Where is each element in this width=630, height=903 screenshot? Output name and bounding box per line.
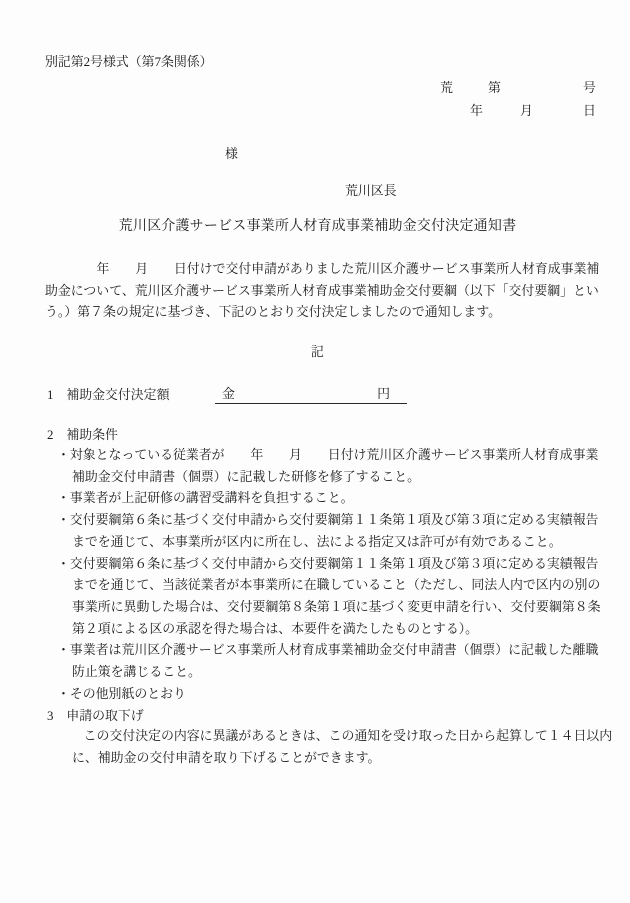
section-3-paragraph: この交付決定の内容に異議があるときは、この通知を受け取った日から起算して１４日以… [45,726,630,769]
doc-number-suffix: 号 [583,81,596,96]
issue-date-year-label: 年 [470,104,483,119]
notice-document-page: 別記第2号様式（第7条関係） 荒 第 号 年 月 日 様 荒川区長 荒川区介護サ… [0,0,630,903]
form-style-label: 別記第2号様式（第7条関係） [45,55,213,70]
sender-title: 荒川区長 [345,184,397,199]
condition-item-1: ・対象となっている従業者が 年 月 日付け荒川区介護サービス事業所人材育成事業補… [45,445,605,488]
section-2-heading: 2 補助条件 [47,428,118,443]
condition-item-2: ・事業者が上記研修の講習受講料を負担すること。 [45,488,605,510]
issue-date-month-label: 月 [520,104,533,119]
condition-item-3: ・交付要綱第６条に基づく交付申請から交付要綱第１１条第１項及び第３項に定める実績… [45,510,605,553]
amount-blank-field: 金 円 [215,387,407,404]
condition-item-6: ・その他別紙のとおり [45,684,605,706]
addressee-honorific: 様 [225,147,238,162]
condition-item-5: ・事業者は荒川区介護サービス事業所人材育成事業補助金交付申請書（個票）に記載した… [45,640,605,683]
condition-item-4: ・交付要綱第６条に基づく交付申請から交付要綱第１１条第１項及び第３項に定める実績… [45,554,605,641]
doc-number-dai: 第 [488,81,501,96]
amount-prefix-label: 金 [222,387,235,402]
issue-date-day-label: 日 [583,104,596,119]
condition-bullet-list: ・対象となっている従業者が 年 月 日付け荒川区介護サービス事業所人材育成事業補… [45,445,605,705]
section-3-heading: 3 申請の取下げ [47,709,144,724]
intro-paragraph: 年 月 日付けで交付申請がありました荒川区介護サービス事業所人材育成事業補助金に… [45,259,605,324]
amount-unit-label: 円 [377,387,390,402]
section-1-heading: 1 補助金交付決定額 [47,388,169,403]
record-marker: 記 [45,345,590,360]
doc-number-prefix: 荒 [440,81,453,96]
document-title: 荒川区介護サービス事業所人材育成事業補助金交付決定通知書 [45,219,590,236]
